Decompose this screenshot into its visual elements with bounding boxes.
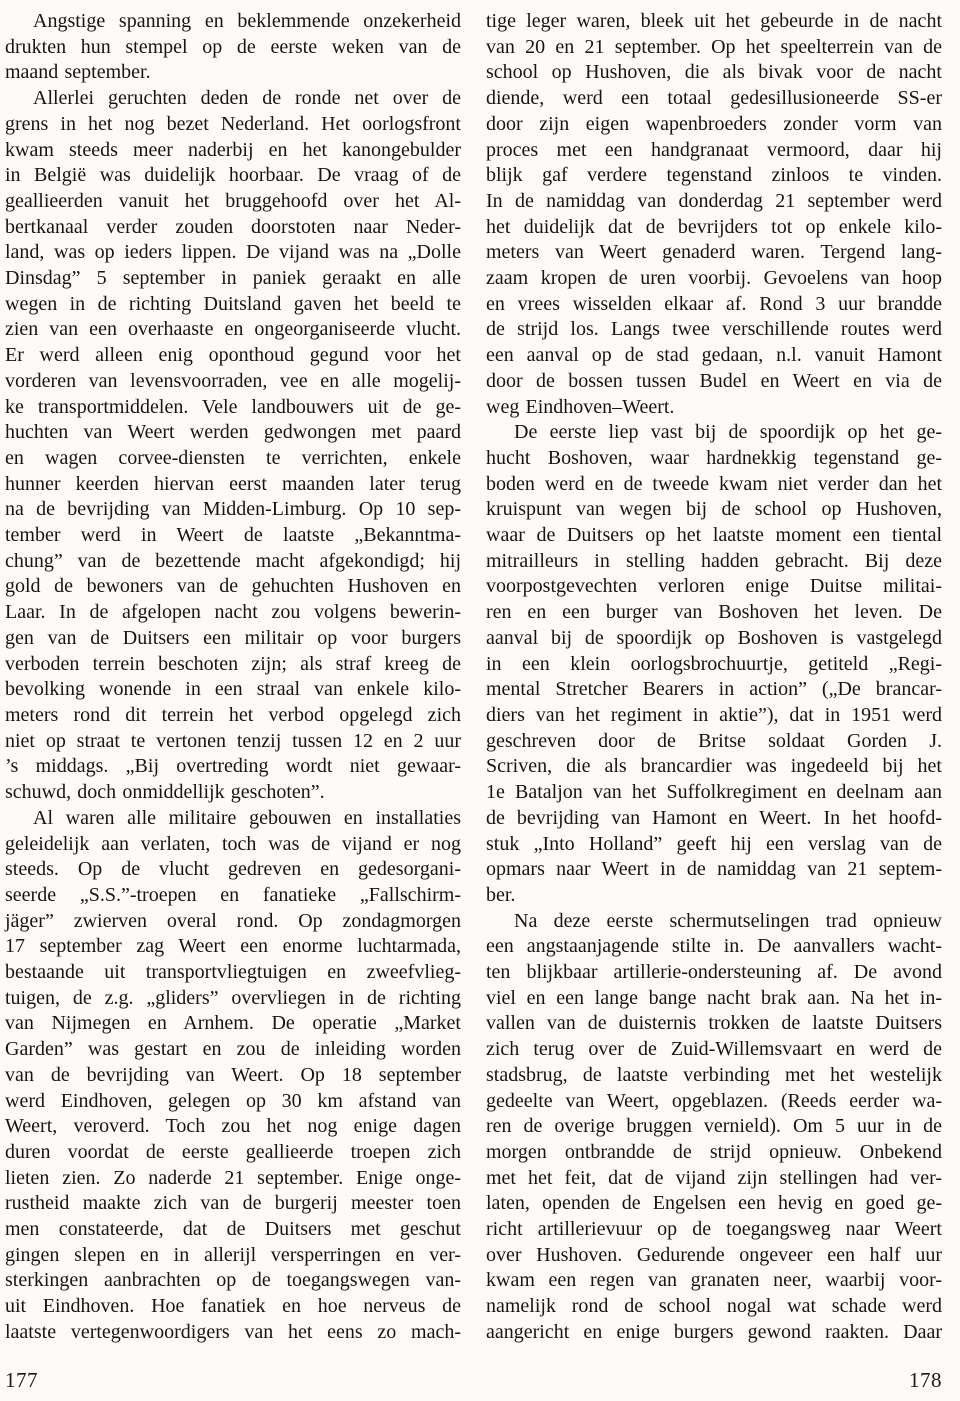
- text-line: met het feit, dat de vijand zijn stellin…: [486, 1166, 942, 1192]
- text-line: Laar. In de afgelopen nacht zou volgens …: [5, 600, 461, 626]
- text-line: werd Eindhoven, gelegen op 30 km afstand…: [5, 1089, 461, 1115]
- text-line: 17 september zag Weert een enorme luchta…: [5, 934, 461, 960]
- text-line: morgen ontbrandde de strijd opnieuw. Onb…: [486, 1140, 942, 1166]
- book-page: Angstige spanning en beklemmende onzeker…: [0, 0, 960, 1401]
- text-line: bestaande uit transportvliegtuigen en zw…: [5, 960, 461, 986]
- text-line: ren en een burger van Boshoven het leven…: [486, 600, 942, 626]
- text-line: in een klein oorlogsbrochuurtje, getitel…: [486, 652, 942, 678]
- text-line: de strijd los. Langs twee verschillende …: [486, 317, 942, 343]
- text-line: van Nijmegen en Arnhem. De operatie „Mar…: [5, 1011, 461, 1037]
- text-line: diende, werd een totaal gedesillusioneer…: [486, 86, 942, 112]
- text-line: verboden terrein beschoten zijn; als str…: [5, 652, 461, 678]
- text-line: over Hushoven. Gedurende ongeveer een ha…: [486, 1243, 942, 1269]
- text-line: geschreven door de Britse soldaat Gorden…: [486, 729, 942, 755]
- text-line: waar de Duitsers op het laatste moment e…: [486, 523, 942, 549]
- text-line: maand september.: [5, 60, 461, 86]
- text-line: meters rond dit terrein het verbod opgel…: [5, 703, 461, 729]
- text-line: Er werd alleen enig oponthoud gegund voo…: [5, 343, 461, 369]
- text-line: Na deze eerste schermutselingen trad opn…: [486, 909, 942, 935]
- text-columns: Angstige spanning en beklemmende onzeker…: [0, 0, 960, 1346]
- text-line: mental Stretcher Bearers in action” („De…: [486, 677, 942, 703]
- text-line: boden werd en de tweede kwam niet verder…: [486, 472, 942, 498]
- text-line: aanval bij de spoordijk op Boshoven is v…: [486, 626, 942, 652]
- text-line: zien van een overhaaste en ongeorganisee…: [5, 317, 461, 343]
- text-line: Angstige spanning en beklemmende onzeker…: [5, 9, 461, 35]
- text-line: richt artillerievuur op de toegangsweg n…: [486, 1217, 942, 1243]
- paragraph: tige leger waren, bleek uit het gebeurde…: [486, 9, 942, 420]
- text-line: ’s middags. „Bij overtreding wordt niet …: [5, 754, 461, 780]
- text-line: tige leger waren, bleek uit het gebeurde…: [486, 9, 942, 35]
- paragraph: Allerlei geruchten deden de ronde net ov…: [5, 86, 461, 806]
- text-line: tuigen, de z.g. „gliders” overvliegen in…: [5, 986, 461, 1012]
- text-line: weg Eindhoven–Weert.: [486, 395, 942, 421]
- text-line: kwam een regen van granaten neer, waarbi…: [486, 1268, 942, 1294]
- text-line: gen van de Duitsers een militair op voor…: [5, 626, 461, 652]
- text-line: rustheid maakte zich van de burgerij mee…: [5, 1191, 461, 1217]
- text-line: laatste vertegenwoordigers van het eens …: [5, 1320, 461, 1346]
- text-line: geleidelijk aan verlaten, toch was de vi…: [5, 832, 461, 858]
- text-line: stadsbrug, de laatste verbinding met het…: [486, 1063, 942, 1089]
- text-line: namelijk rond de school nogal wat schade…: [486, 1294, 942, 1320]
- text-line: de bevrijding van Hamont en Weert. In he…: [486, 806, 942, 832]
- text-line: diers van het regiment in aktie”), dat i…: [486, 703, 942, 729]
- text-line: schuwd, doch onmiddellijk geschoten”.: [5, 780, 461, 806]
- text-line: stuk „Into Holland” geeft hij een versla…: [486, 832, 942, 858]
- text-line: school op Hushoven, die als bivak voor d…: [486, 60, 942, 86]
- text-line: steeds. Op de vlucht gedreven en gedesor…: [5, 857, 461, 883]
- text-line: hucht Boshoven, waar hardnekkig tegensta…: [486, 446, 942, 472]
- text-line: meters van Weert genaderd waren. Tergend…: [486, 240, 942, 266]
- text-line: na de bevrijding van Midden-Limburg. Op …: [5, 497, 461, 523]
- text-line: De eerste liep vast bij de spoordijk op …: [486, 420, 942, 446]
- text-line: gold de bewoners van de gehuchten Hushov…: [5, 574, 461, 600]
- text-line: en vrees wisselden elkaar af. Rond 3 uur…: [486, 292, 942, 318]
- text-line: wegen in de richting Duitsland gaven het…: [5, 292, 461, 318]
- text-line: duren voordat de eerste geallieerde troe…: [5, 1140, 461, 1166]
- text-line: door zijn eigen wapenbroeders zonder vor…: [486, 112, 942, 138]
- right-column: tige leger waren, bleek uit het gebeurde…: [486, 9, 942, 1346]
- text-line: gedeelte van Weert, opgeblazen. (Reeds e…: [486, 1089, 942, 1115]
- text-line: chung” van de bezettende macht afgekondi…: [5, 549, 461, 575]
- text-line: ten blijkbaar artillerie-ondersteuning a…: [486, 960, 942, 986]
- text-line: blijk gaf verdere tegenstand zinloos te …: [486, 163, 942, 189]
- text-line: van 20 en 21 september. Op het speelterr…: [486, 35, 942, 61]
- text-line: huchten van Weert werden gedwongen met p…: [5, 420, 461, 446]
- text-line: het duidelijk dat de bevrijders tot op e…: [486, 215, 942, 241]
- text-line: Weert, veroverd. Toch zou het nog enige …: [5, 1114, 461, 1140]
- text-line: kwam steeds meer naderbij en het kanonge…: [5, 138, 461, 164]
- text-line: drukten hun stempel op de eerste weken v…: [5, 35, 461, 61]
- text-line: een aanval op de stad gedaan, n.l. vanui…: [486, 343, 942, 369]
- text-line: 1e Bataljon van het Suffolkregiment en d…: [486, 780, 942, 806]
- text-line: Scriven, die als brancardier was ingedee…: [486, 754, 942, 780]
- paragraph: Na deze eerste schermutselingen trad opn…: [486, 909, 942, 1346]
- text-line: Dinsdag” 5 september in paniek geraakt e…: [5, 266, 461, 292]
- text-line: vallen van de duisternis trokken de laat…: [486, 1011, 942, 1037]
- paragraph: De eerste liep vast bij de spoordijk op …: [486, 420, 942, 908]
- text-line: bertkanaal verder zouden doorstoten naar…: [5, 215, 461, 241]
- paragraph: Angstige spanning en beklemmende onzeker…: [5, 9, 461, 86]
- text-line: zich terug over de Zuid-Willemsvaart en …: [486, 1037, 942, 1063]
- page-number-left: 177: [5, 1368, 38, 1393]
- text-line: door de bossen tussen Budel en Weert en …: [486, 369, 942, 395]
- text-line: in België was duidelijk hoorbaar. De vra…: [5, 163, 461, 189]
- text-line: bevolking wonende in een straal van enke…: [5, 677, 461, 703]
- paragraph: Al waren alle militaire gebouwen en inst…: [5, 806, 461, 1346]
- text-line: ber.: [486, 883, 942, 909]
- text-line: zaam kropen de uren voorbij. Gevoelens v…: [486, 266, 942, 292]
- text-line: mitrailleurs in stelling hadden gebracht…: [486, 549, 942, 575]
- text-line: niet op straat te vertonen tenzij tussen…: [5, 729, 461, 755]
- text-line: uit Eindhoven. Hoe fanatiek en hoe nerve…: [5, 1294, 461, 1320]
- text-line: van de bevrijding van Weert. Op 18 septe…: [5, 1063, 461, 1089]
- page-number-right: 178: [909, 1368, 942, 1393]
- text-line: geallieerden vanuit het bruggehoofd over…: [5, 189, 461, 215]
- text-line: tember werd in Weert de laatste „Bekannt…: [5, 523, 461, 549]
- text-line: laten, openden de Engelsen een hevig en …: [486, 1191, 942, 1217]
- text-line: vorderen van levensvoorraden, vee en all…: [5, 369, 461, 395]
- text-line: seerde „S.S.”-troepen en fanatieke „Fall…: [5, 883, 461, 909]
- text-line: hunner keerden hiervan eerst maanden lat…: [5, 472, 461, 498]
- text-line: sterkingen aanbrachten op de toegangsweg…: [5, 1268, 461, 1294]
- text-line: proces met een handgranaat vermoord, daa…: [486, 138, 942, 164]
- text-line: jäger” zwierven overal rond. Op zondagmo…: [5, 909, 461, 935]
- text-line: In de namiddag van donderdag 21 septembe…: [486, 189, 942, 215]
- text-line: aangericht en enige burgers gewond raakt…: [486, 1320, 942, 1346]
- text-line: kruispunt van wegen bij de school op Hus…: [486, 497, 942, 523]
- text-line: Al waren alle militaire gebouwen en inst…: [5, 806, 461, 832]
- text-line: Garden” was gestart en zou de inleiding …: [5, 1037, 461, 1063]
- text-line: viel en een lange bange nacht brak aan. …: [486, 986, 942, 1012]
- page-footer: 177 178: [0, 1346, 960, 1393]
- text-line: ke transportmiddelen. Vele landbouwers u…: [5, 395, 461, 421]
- text-line: land, was op ieders lippen. De vijand wa…: [5, 240, 461, 266]
- text-line: ren de overige bruggen vernield). Om 5 u…: [486, 1114, 942, 1140]
- text-line: gingen slepen en in allerijl versperring…: [5, 1243, 461, 1269]
- left-column: Angstige spanning en beklemmende onzeker…: [5, 9, 461, 1346]
- text-line: een angstaanjagende stilte in. De aanval…: [486, 934, 942, 960]
- text-line: grens in het nog bezet Nederland. Het oo…: [5, 112, 461, 138]
- text-line: Allerlei geruchten deden de ronde net ov…: [5, 86, 461, 112]
- text-line: opmars naar Weert in de namiddag van 21 …: [486, 857, 942, 883]
- text-line: men constateerde, dat de Duitsers met ge…: [5, 1217, 461, 1243]
- text-line: en wagen corvee-diensten te verrichten, …: [5, 446, 461, 472]
- text-line: voorpostgevechten verloren enige Duitse …: [486, 574, 942, 600]
- text-line: lieten zien. Zo naderde 21 september. En…: [5, 1166, 461, 1192]
